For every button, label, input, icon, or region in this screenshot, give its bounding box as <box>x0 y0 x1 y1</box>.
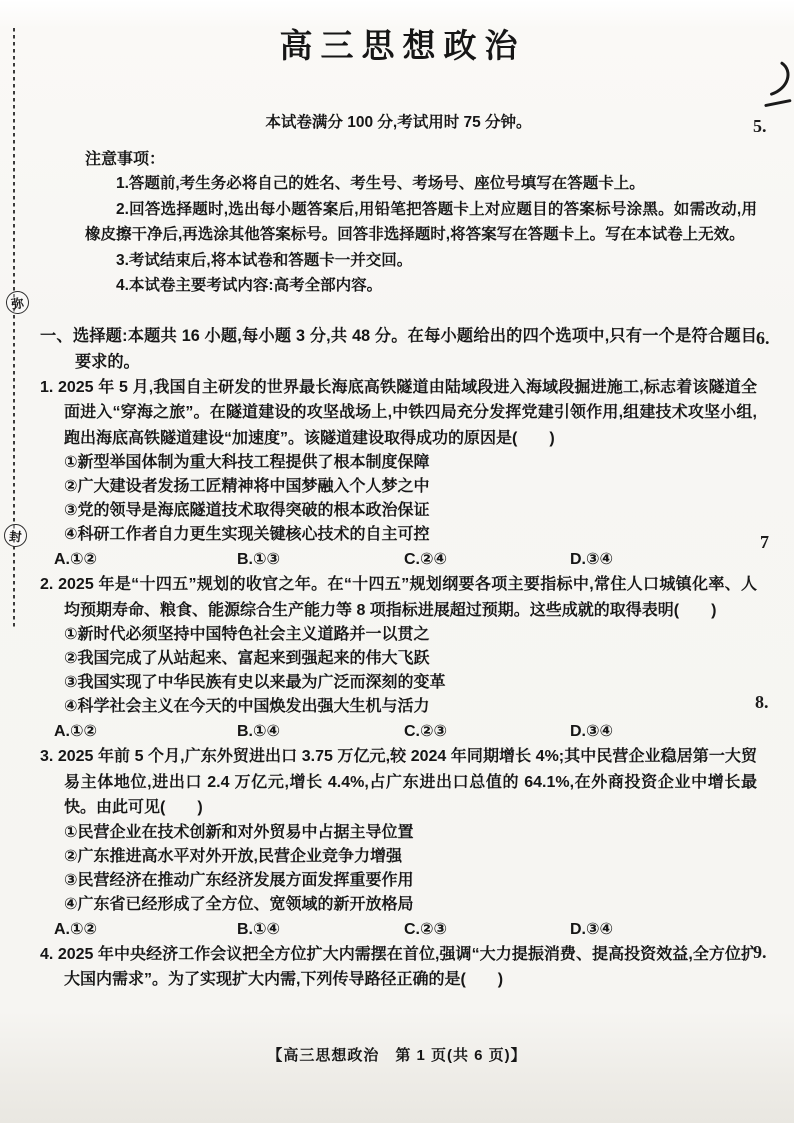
question-3-option-4: ④广东省已经形成了全方位、宽领域的新开放格局 <box>40 893 757 917</box>
question-1: 1. 2025 年 5 月,我国自主研发的世界最长海底高铁隧道由陆域段进入海域段… <box>40 375 757 573</box>
question-3-answer-d: D.③④ <box>570 917 757 942</box>
notice-item-3: 3.考试结束后,将本试卷和答题卡一并交回。 <box>85 248 757 274</box>
seal-char-mi: 弥 <box>5 290 31 316</box>
question-1-answer-d: D.③④ <box>570 547 757 572</box>
question-2-option-3: ③我国实现了中华民族有史以来最为广泛而深刻的变革 <box>40 671 757 695</box>
question-2-option-2: ②我国完成了从站起来、富起来到强起来的伟大飞跃 <box>40 647 757 671</box>
question-2-option-4: ④科学社会主义在今天的中国焕发出强大生机与活力 <box>40 695 757 719</box>
question-3-stem: 3. 2025 年前 5 个月,广东外贸进出口 3.75 万亿元,较 2024 … <box>40 744 757 821</box>
question-4: 4. 2025 年中央经济工作会议把全方位扩大内需摆在首位,强调“大力提振消费、… <box>40 942 757 993</box>
question-2-answer-row: A.①② B.①④ C.②③ D.③④ <box>40 719 757 744</box>
seal-char-feng: 封 <box>3 523 28 548</box>
notice-section: 注意事项： 1.答题前,考生务必将自己的姓名、考生号、考场号、座位号填写在答题卡… <box>85 148 757 299</box>
question-1-answer-row: A.①② B.①③ C.②④ D.③④ <box>40 547 757 572</box>
page-footer: 【高三思想政治 第 1 页(共 6 页)】 <box>0 1044 794 1065</box>
adjacent-page-number-6: 6. <box>756 328 770 349</box>
question-2-stem: 2. 2025 年是“十四五”规划的收官之年。在“十四五”规划纲要各项主要指标中… <box>40 572 757 623</box>
exam-paper-page: 弥 封 高三思想政治 本试卷满分 100 分,考试用时 75 分钟。 注意事项：… <box>0 0 794 1123</box>
adjacent-page-number-7: 7 <box>760 532 769 553</box>
question-2-answer-d: D.③④ <box>570 719 757 744</box>
question-1-option-1: ①新型举国体制为重大科技工程提供了根本制度保障 <box>40 451 757 475</box>
question-1-answer-c: C.②④ <box>404 547 570 572</box>
main-content: 高三思想政治 本试卷满分 100 分,考试用时 75 分钟。 注意事项： 1.答… <box>40 0 757 993</box>
adjacent-page-number-8: 8. <box>755 692 769 713</box>
question-3-answer-a: A.①② <box>54 917 237 942</box>
scan-artifact-mark <box>744 55 794 127</box>
question-1-option-2: ②广大建设者发扬工匠精神将中国梦融入个人梦之中 <box>40 475 757 499</box>
question-3-option-3: ③民营经济在推动广东经济发展方面发挥重要作用 <box>40 869 757 893</box>
question-3-option-1: ①民营企业在技术创新和对外贸易中占据主导位置 <box>40 821 757 845</box>
question-3: 3. 2025 年前 5 个月,广东外贸进出口 3.75 万亿元,较 2024 … <box>40 744 757 942</box>
question-1-answer-b: B.①③ <box>237 547 404 572</box>
question-3-answer-b: B.①④ <box>237 917 404 942</box>
question-3-option-2: ②广东推进高水平对外开放,民营企业竞争力增强 <box>40 845 757 869</box>
notice-item-2: 2.回答选择题时,选出每小题答案后,用铅笔把答题卡上对应题目的答案标号涂黑。如需… <box>85 197 757 248</box>
notice-item-1: 1.答题前,考生务必将自己的姓名、考生号、考场号、座位号填写在答题卡上。 <box>85 171 757 197</box>
section-heading-choice: 一、选择题:本题共 16 小题,每小题 3 分,共 48 分。在每小题给出的四个… <box>40 323 757 375</box>
exam-info-line: 本试卷满分 100 分,考试用时 75 分钟。 <box>40 112 757 134</box>
question-4-stem: 4. 2025 年中央经济工作会议把全方位扩大内需摆在首位,强调“大力提振消费、… <box>40 942 757 993</box>
adjacent-page-number-9: 9. <box>753 942 767 963</box>
question-3-answer-row: A.①② B.①④ C.②③ D.③④ <box>40 917 757 942</box>
question-1-option-4: ④科研工作者自力更生实现关键核心技术的自主可控 <box>40 523 757 547</box>
question-1-stem: 1. 2025 年 5 月,我国自主研发的世界最长海底高铁隧道由陆域段进入海域段… <box>40 375 757 452</box>
question-1-answer-a: A.①② <box>54 547 237 572</box>
question-1-option-3: ③党的领导是海底隧道技术取得突破的根本政治保证 <box>40 499 757 523</box>
question-2-option-1: ①新时代必须坚持中国特色社会主义道路并一以贯之 <box>40 623 757 647</box>
question-2: 2. 2025 年是“十四五”规划的收官之年。在“十四五”规划纲要各项主要指标中… <box>40 572 757 744</box>
notice-heading: 注意事项： <box>85 148 757 171</box>
question-2-answer-a: A.①② <box>54 719 237 744</box>
question-3-answer-c: C.②③ <box>404 917 570 942</box>
question-2-answer-b: B.①④ <box>237 719 404 744</box>
page-title: 高三思想政治 <box>40 26 757 66</box>
question-2-answer-c: C.②③ <box>404 719 570 744</box>
notice-item-4: 4.本试卷主要考试内容:高考全部内容。 <box>85 273 757 299</box>
